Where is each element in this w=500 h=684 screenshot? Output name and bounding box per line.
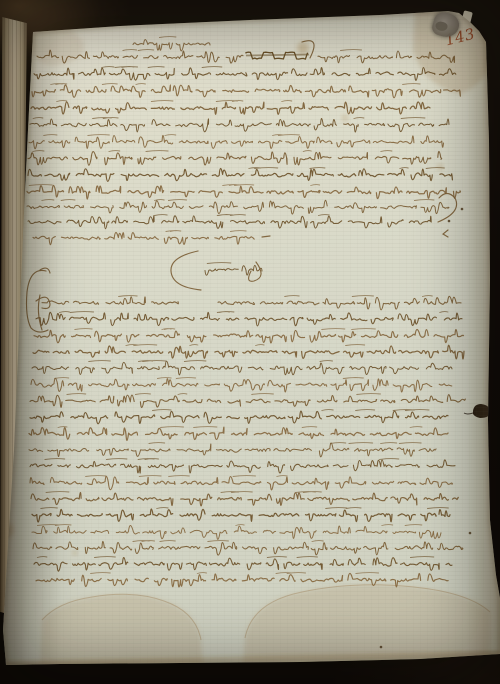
manuscript-photo: 143	[0, 0, 500, 684]
manuscript-page: 143	[0, 0, 500, 684]
handwriting-layer	[0, 0, 500, 684]
